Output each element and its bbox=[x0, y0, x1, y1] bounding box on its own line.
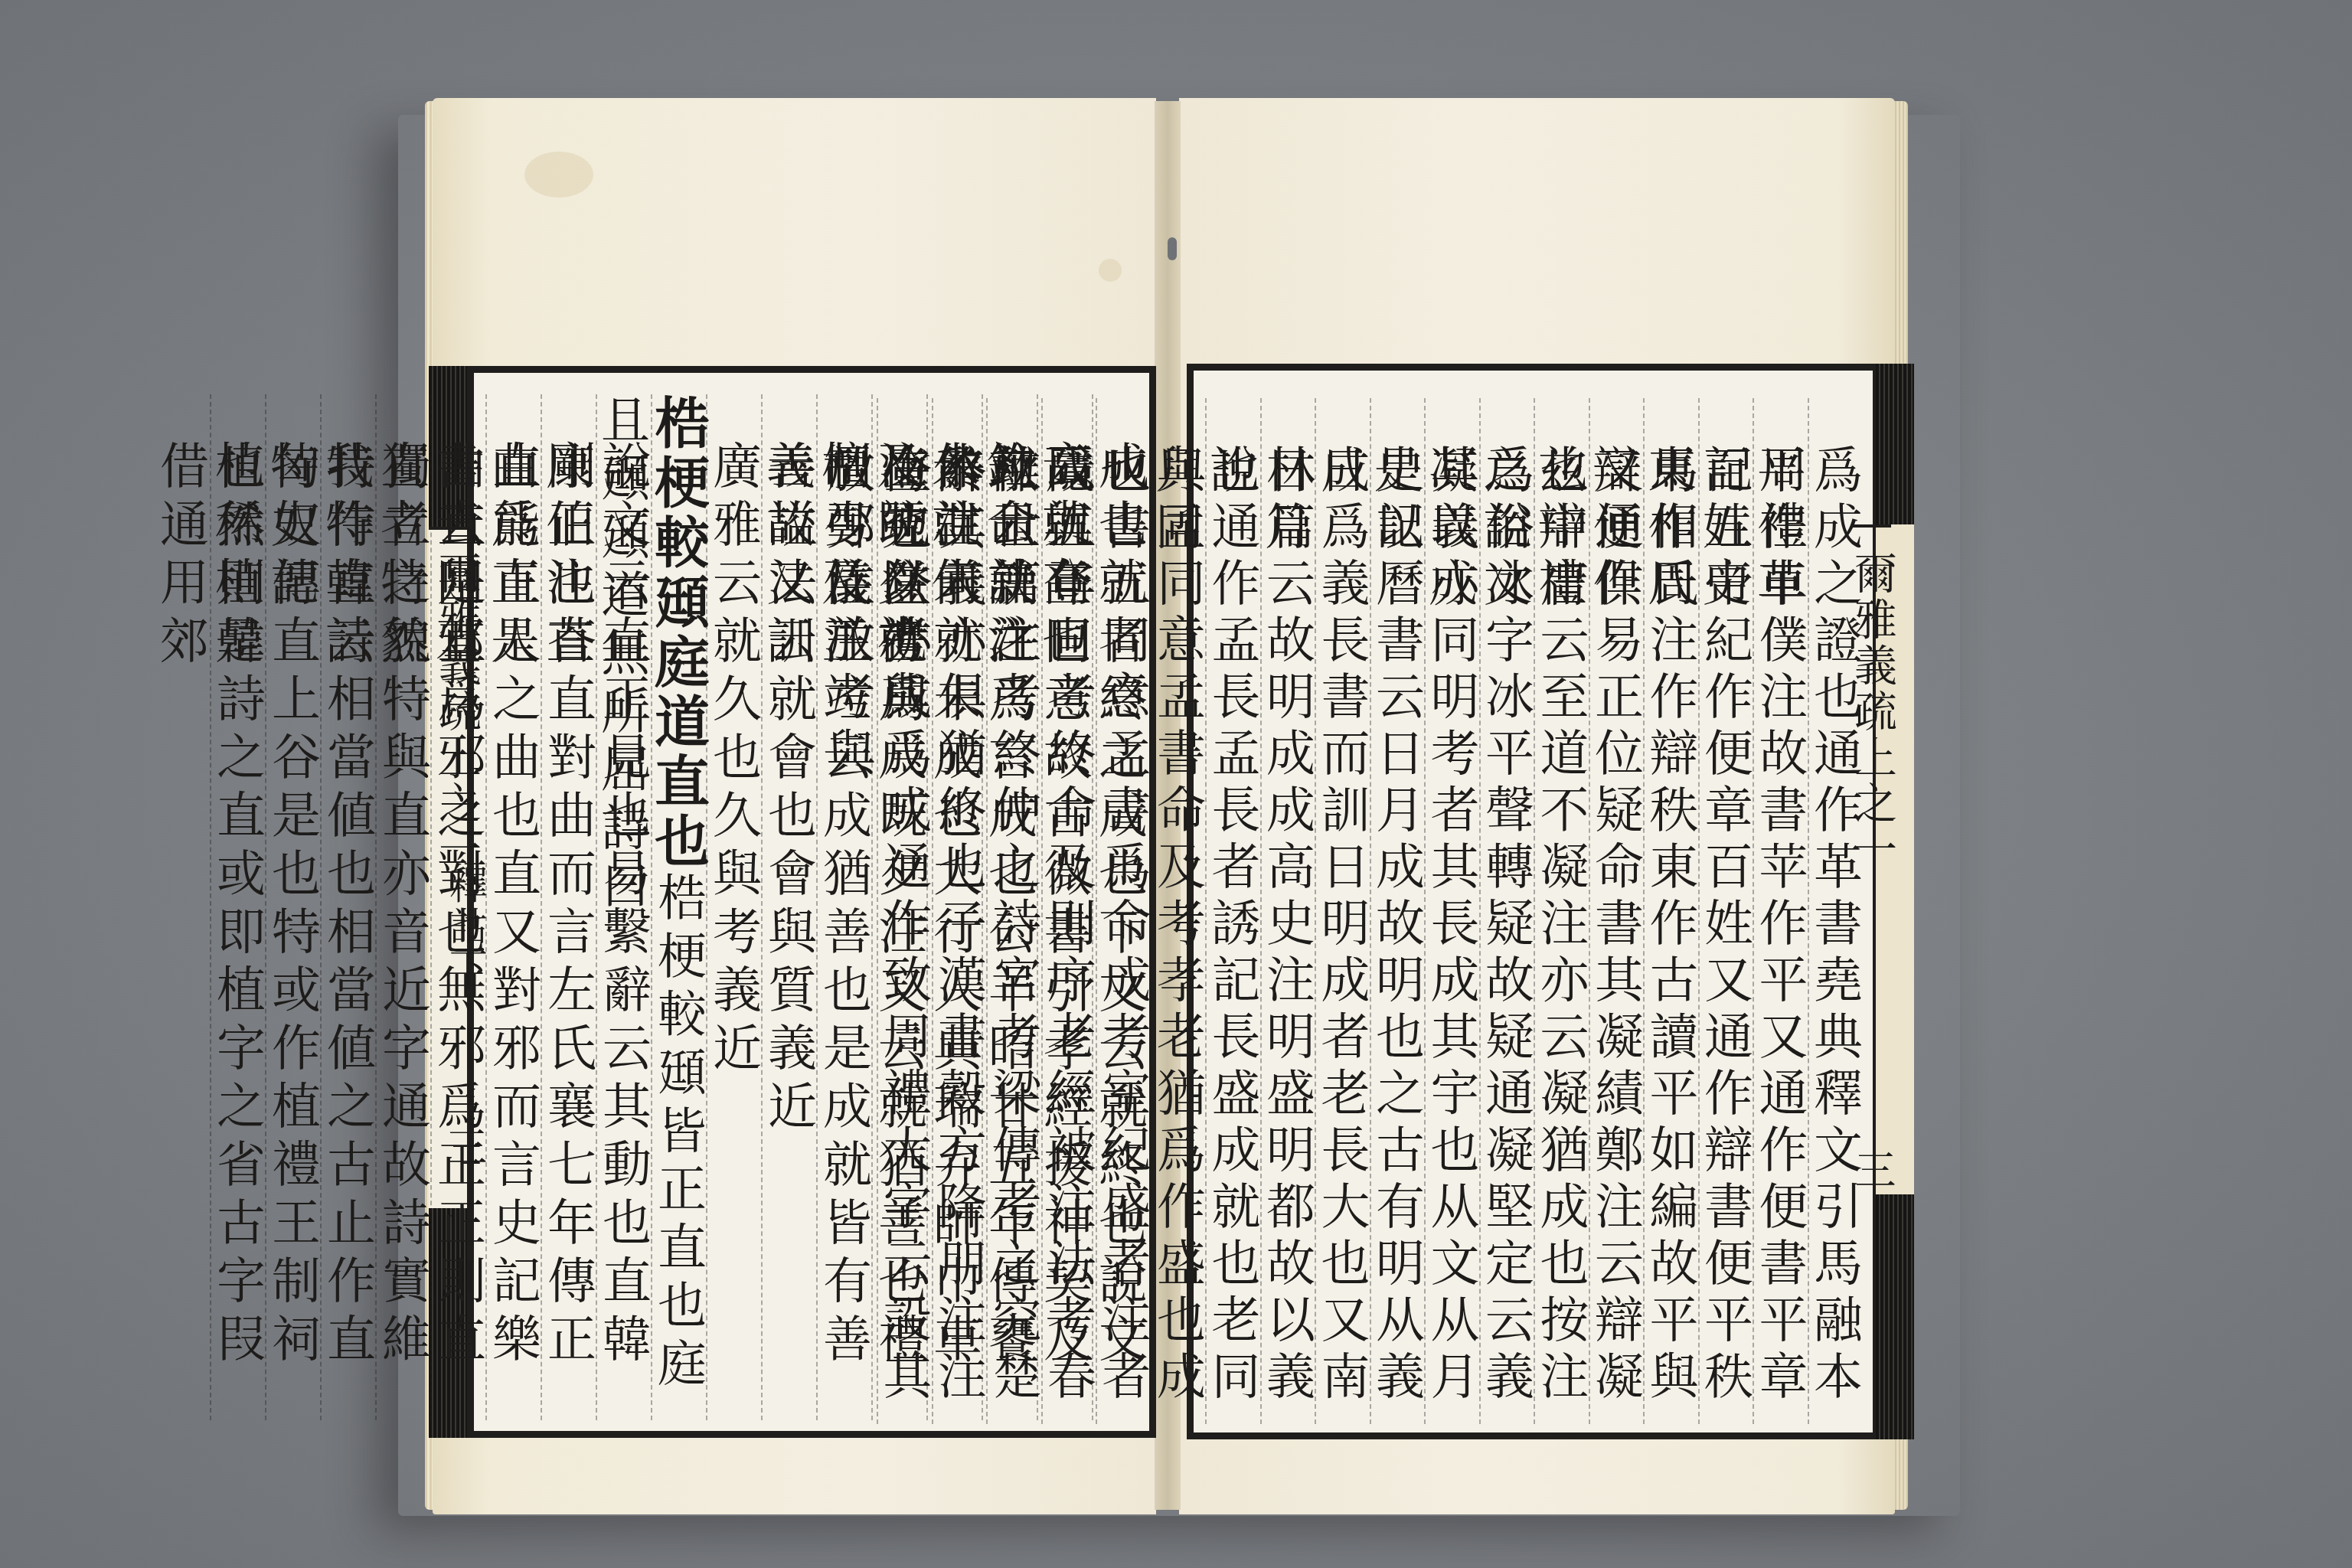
text-column: 爲成之證也通作革書堯典釋文引馬融本平作革 bbox=[1808, 398, 1863, 1424]
right-text-columns: 爲成之證也通作革書堯典釋文引馬融本平作革 周禮車僕注故書苹作平又通作便書平章百姓… bbox=[1204, 398, 1862, 1424]
entry-heading: 梏梗較頲庭道直也 bbox=[645, 394, 710, 872]
text-column: 終其義亦俱猶終也子漢書穀方降朋注注悔究注考與 bbox=[932, 398, 987, 1424]
black-mouth-top bbox=[1876, 364, 1914, 524]
text-column: 隱五年日考終命及則序老經被注法考春秋 bbox=[1041, 398, 1096, 1424]
black-mouth-bottom bbox=[1876, 1194, 1914, 1439]
foxing-stain bbox=[524, 152, 593, 198]
entry-heading-column: 梏梗較頲庭道直也梏梗較頲皆正直也庭且頲頲道無所屈詩曰 bbox=[651, 394, 706, 1420]
text-column: 也通作孟長孟長者誘記長盛成就也老同月同 bbox=[1205, 398, 1260, 1424]
text-column: 離世篇注考終仲之詩宮考梁傳考之究楚辭 bbox=[986, 398, 1041, 1424]
text-column: 成爲義長書而訓日明成者老長大也又南日月 bbox=[1315, 398, 1370, 1424]
text-column: 廣雅云就久也久與考義近 bbox=[706, 394, 761, 1420]
text-column: 也書五同意孟書爲命成考室紀盛者注者成 bbox=[1096, 398, 1151, 1424]
foxing-stain bbox=[1099, 259, 1122, 282]
gutter-tear bbox=[1168, 237, 1177, 260]
